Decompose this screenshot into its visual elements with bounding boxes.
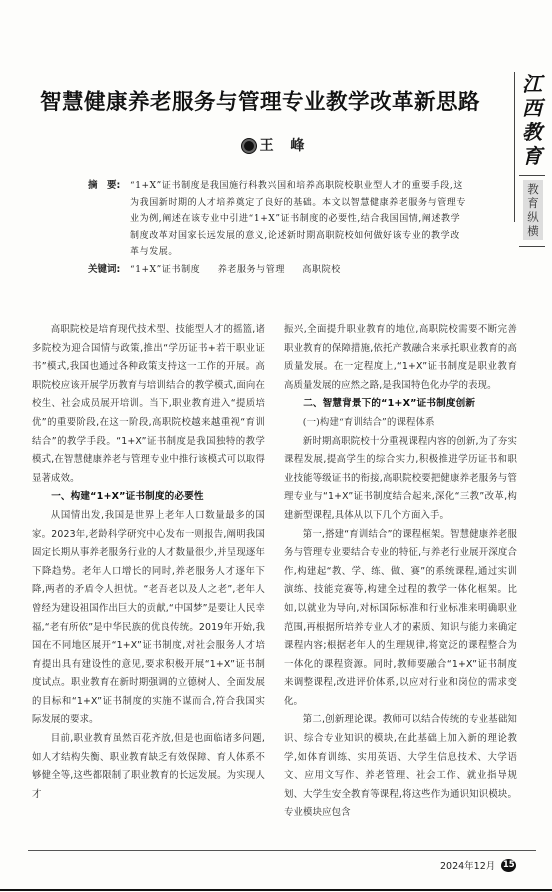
section-char: 育: [523, 196, 543, 210]
abstract-text: “1+X”证书制度是我国施行科教兴国和培养高职院校职业型人才的重要手段,这为我国…: [130, 178, 468, 261]
section-char: 纵: [523, 210, 543, 224]
section-char: 教: [523, 182, 543, 196]
divider: [519, 246, 545, 247]
bullet-circle-icon: [242, 139, 256, 153]
brand-char: 江: [522, 72, 546, 96]
paragraph: 振兴,全面提升职业教育的地位,高职院校需要不断完善职业教育的保障措施,依托产教融…: [284, 321, 517, 395]
keywords-row: 关键词: “1+X”证书制度 养老服务与管理 高职院校: [88, 262, 468, 279]
body-column-left: 高职院校是培育现代技术型、技能型人才的摇篮,诸多院校为迎合国情与政策,推出“学历…: [32, 321, 265, 804]
keywords-label: 关键词:: [88, 262, 130, 279]
abstract-label: 摘 要:: [88, 178, 130, 261]
paragraph: 第一,搭建“育训结合”的课程框架。智慧健康养老服务与管理专业要结合专业的特征,与…: [284, 526, 517, 712]
paragraph: 从国情出发,我国是世界上老年人口数量最多的国家。2023年,老龄科学研究中心发布…: [32, 507, 265, 730]
page-edge: [0, 889, 552, 891]
brand-char: 西: [522, 96, 546, 120]
paragraph: 第二,创新理论课。教师可以结合传统的专业基础知识、综合专业知识的模块,在此基础上…: [284, 711, 517, 823]
section-heading: 一、构建“1+X”证书制度的必要性: [32, 488, 265, 507]
footer-divider: [28, 850, 536, 851]
page-number-badge: 15: [501, 859, 516, 872]
keyword: 高职院校: [302, 265, 340, 275]
paragraph: 目前,职业教育虽然百花齐放,但是也面临诸多问题,如人才结构失衡、职业教育缺乏有效…: [32, 730, 265, 804]
article-author: 王 峰: [0, 135, 552, 155]
body-column-right: 振兴,全面提升职业教育的地位,高职院校需要不断完善职业教育的保障措施,依托产教融…: [284, 321, 517, 823]
author-name: 王 峰: [260, 138, 311, 154]
keywords-list: “1+X”证书制度 养老服务与管理 高职院校: [130, 262, 468, 279]
section-label: 教 育 纵 横: [523, 180, 543, 240]
abstract-row: 摘 要: “1+X”证书制度是我国施行科教兴国和培养高职院校职业型人才的重要手段…: [88, 178, 468, 261]
abstract-block: 摘 要: “1+X”证书制度是我国施行科教兴国和培养高职院校职业型人才的重要手段…: [88, 178, 468, 278]
page-footer: 2024年12月 15: [440, 858, 516, 872]
section-char: 横: [523, 224, 543, 238]
journal-masthead: 江 西 教 育 教 育 纵 横: [514, 72, 547, 222]
journal-brand: 江 西 教 育: [522, 72, 546, 168]
keyword: “1+X”证书制度: [130, 265, 200, 275]
divider: [519, 175, 545, 176]
brand-char: 教: [522, 120, 546, 144]
article-title: 智慧健康养老服务与管理专业教学改革新思路: [40, 85, 480, 116]
paragraph: 高职院校是培育现代技术型、技能型人才的摇篮,诸多院校为迎合国情与政策,推出“学历…: [32, 321, 265, 488]
keyword: 养老服务与管理: [218, 265, 285, 275]
issue-date: 2024年12月: [440, 858, 495, 872]
subsection-heading: (一)构建“育训结合”的课程体系: [284, 414, 517, 433]
section-heading: 二、智慧背景下的“1+X”证书制度创新: [284, 395, 517, 414]
brand-char: 育: [522, 144, 546, 168]
paragraph: 新时期高职院校十分重视课程内容的创新,为了夯实课程发展,提高学生的综合实力,积极…: [284, 433, 517, 526]
